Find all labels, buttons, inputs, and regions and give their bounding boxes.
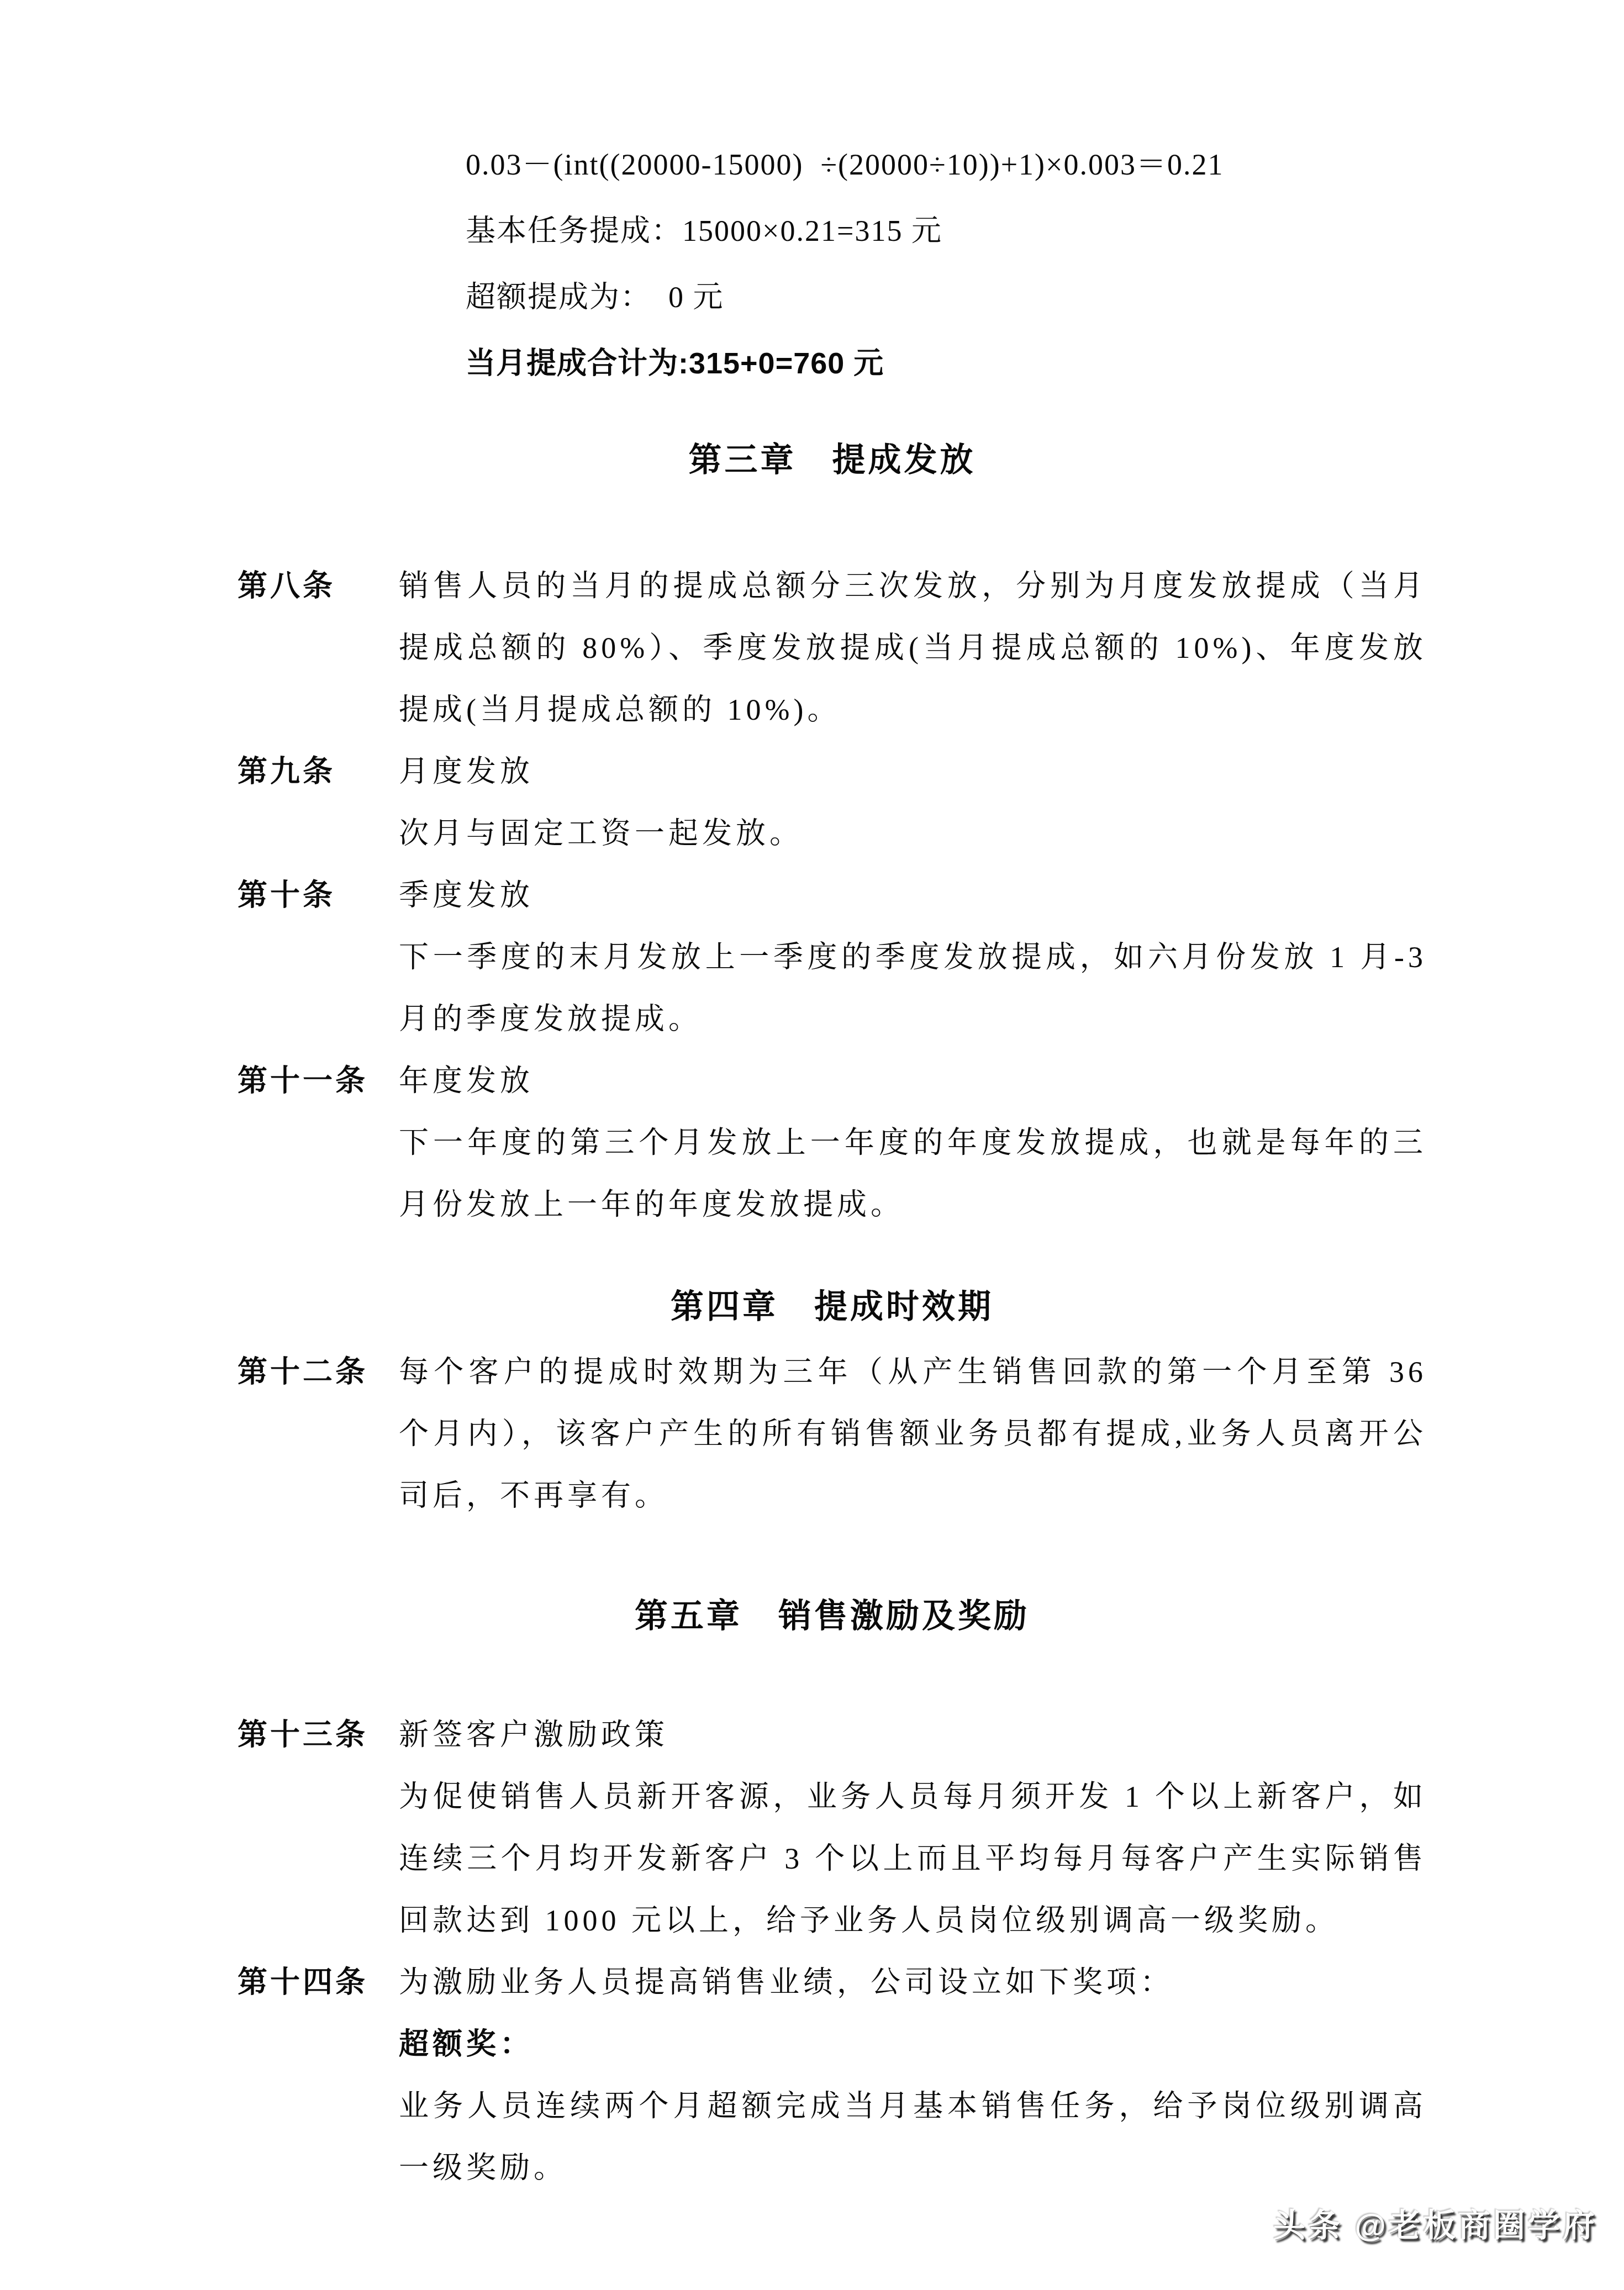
article-13-paragraph: 为促使销售人员新开客源，业务人员每月须开发 1 个以上新客户，如连续三个月均开发… bbox=[399, 1766, 1427, 1951]
article-10-body: 季度发放 下一季度的末月发放上一季度的季度发放提成，如六月份发放 1 月-3 月… bbox=[399, 864, 1427, 1050]
article-11: 第十一条 年度发放 下一年度的第三个月发放上一年度的年度发放提成，也就是每年的三… bbox=[238, 1050, 1427, 1236]
article-10-paragraph: 下一季度的末月发放上一季度的季度发放提成，如六月份发放 1 月-3 月的季度发放… bbox=[399, 926, 1427, 1050]
chapter-5-heading: 第五章 销售激励及奖励 bbox=[238, 1591, 1427, 1641]
document-content: 0.03－(int((20000-15000) ÷(20000÷10))+1)×… bbox=[0, 131, 1624, 2199]
article-9: 第九条 月度发放 次月与固定工资一起发放。 bbox=[238, 741, 1427, 864]
chapter-3-heading: 第三章 提成发放 bbox=[238, 435, 1427, 485]
article-10: 第十条 季度发放 下一季度的末月发放上一季度的季度发放提成，如六月份发放 1 月… bbox=[238, 864, 1427, 1050]
article-10-label: 第十条 bbox=[238, 864, 399, 1050]
article-14: 第十四条 为激励业务人员提高销售业绩，公司设立如下奖项： 超额奖： 业务人员连续… bbox=[238, 1951, 1427, 2199]
article-9-paragraph: 次月与固定工资一起发放。 bbox=[399, 803, 1427, 864]
article-8-paragraph: 销售人员的当月的提成总额分三次发放，分别为月度发放提成（当月提成总额的 80%）… bbox=[399, 555, 1427, 741]
base-commission-line: 基本任务提成：15000×0.21=315 元 bbox=[466, 198, 1427, 264]
monthly-total-line: 当月提成合计为:315+0=760 元 bbox=[466, 330, 1427, 397]
article-14-body: 为激励业务人员提高销售业绩，公司设立如下奖项： 超额奖： 业务人员连续两个月超额… bbox=[399, 1951, 1427, 2199]
toutiao-watermark: 头条 @老板商圈学府 bbox=[1273, 2199, 1597, 2246]
article-12-body: 每个客户的提成时效期为三年（从产生销售回款的第一个月至第 36 个月内），该客户… bbox=[399, 1341, 1427, 1527]
article-14-intro-paragraph: 为激励业务人员提高销售业绩，公司设立如下奖项： bbox=[399, 1951, 1427, 2013]
article-8-label: 第八条 bbox=[238, 555, 399, 741]
article-13-label: 第十三条 bbox=[238, 1704, 399, 1951]
article-11-title-paragraph: 年度发放 bbox=[399, 1050, 1427, 1112]
article-13: 第十三条 新签客户激励政策 为促使销售人员新开客源，业务人员每月须开发 1 个以… bbox=[238, 1704, 1427, 1951]
document-page: 0.03－(int((20000-15000) ÷(20000÷10))+1)×… bbox=[0, 0, 1624, 2290]
article-8: 第八条 销售人员的当月的提成总额分三次发放，分别为月度发放提成（当月提成总额的 … bbox=[238, 555, 1427, 741]
article-9-body: 月度发放 次月与固定工资一起发放。 bbox=[399, 741, 1427, 864]
article-11-body: 年度发放 下一年度的第三个月发放上一年度的年度发放提成，也就是每年的三月份发放上… bbox=[399, 1050, 1427, 1236]
excess-commission-line: 超额提成为： 0 元 bbox=[466, 264, 1427, 330]
article-14-award-paragraph: 业务人员连续两个月超额完成当月基本销售任务，给予岗位级别调高一级奖励。 bbox=[399, 2075, 1427, 2199]
article-8-body: 销售人员的当月的提成总额分三次发放，分别为月度发放提成（当月提成总额的 80%）… bbox=[399, 555, 1427, 741]
article-11-label: 第十一条 bbox=[238, 1050, 399, 1236]
formula-line: 0.03－(int((20000-15000) ÷(20000÷10))+1)×… bbox=[466, 131, 1427, 198]
article-14-award-title: 超额奖： bbox=[399, 2013, 1427, 2075]
article-13-title-paragraph: 新签客户激励政策 bbox=[399, 1704, 1427, 1766]
article-13-body: 新签客户激励政策 为促使销售人员新开客源，业务人员每月须开发 1 个以上新客户，… bbox=[399, 1704, 1427, 1951]
article-10-title-paragraph: 季度发放 bbox=[399, 864, 1427, 926]
article-12-paragraph: 每个客户的提成时效期为三年（从产生销售回款的第一个月至第 36 个月内），该客户… bbox=[399, 1341, 1427, 1527]
article-12: 第十二条 每个客户的提成时效期为三年（从产生销售回款的第一个月至第 36 个月内… bbox=[238, 1341, 1427, 1527]
article-9-label: 第九条 bbox=[238, 741, 399, 864]
article-11-paragraph: 下一年度的第三个月发放上一年度的年度发放提成，也就是每年的三月份发放上一年的年度… bbox=[399, 1112, 1427, 1236]
article-12-label: 第十二条 bbox=[238, 1341, 399, 1527]
commission-example-block: 0.03－(int((20000-15000) ÷(20000÷10))+1)×… bbox=[466, 131, 1427, 397]
article-9-title-paragraph: 月度发放 bbox=[399, 741, 1427, 803]
article-14-label: 第十四条 bbox=[238, 1951, 399, 2199]
chapter-4-heading: 第四章 提成时效期 bbox=[238, 1282, 1427, 1332]
